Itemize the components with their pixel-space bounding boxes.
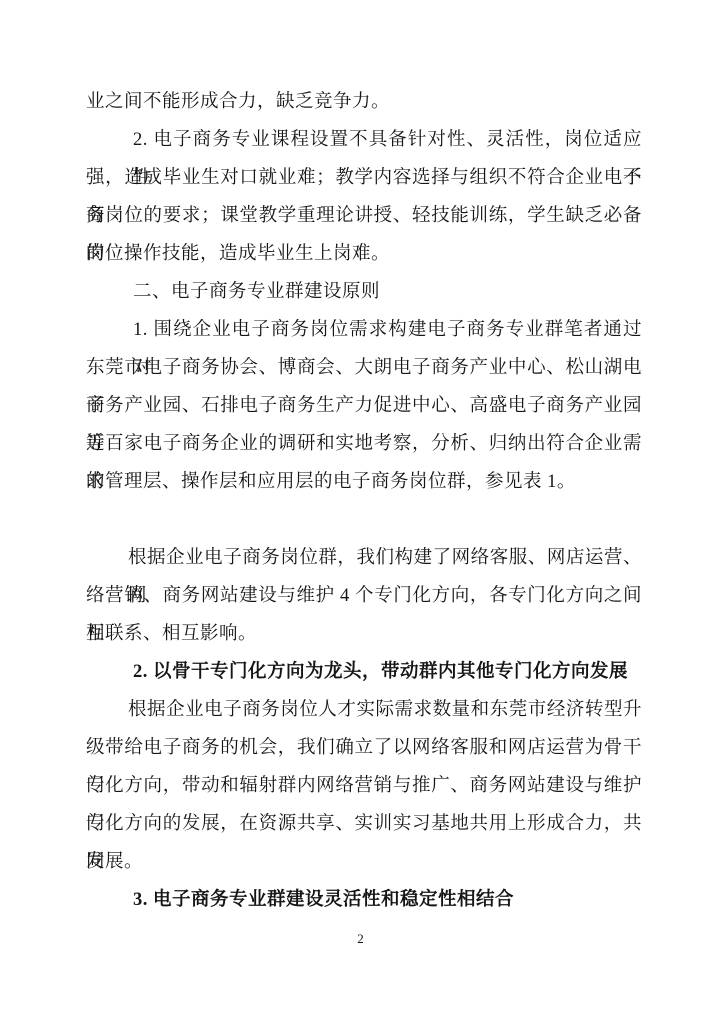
paragraph-line: 门化方向的发展，在资源共享、实训实习基地共用上形成合力，共同: [86, 805, 642, 843]
paragraph-line: 的管理层、操作层和应用层的电子商务岗位群，参见表 1。: [86, 463, 642, 501]
section-heading: 二、电子商务专业群建设原则: [86, 273, 642, 311]
paragraph-line: 根据企业电子商务岗位群，我们构建了网络客服、网店运营、网: [86, 539, 642, 577]
text-block: 业之间不能形成合力，缺乏竞争力。 2. 电子商务专业课程设置不具备针对性、灵活性…: [86, 83, 642, 919]
paragraph-line: 业之间不能形成合力，缺乏竞争力。: [86, 83, 642, 121]
paragraph-line: 商务产业园、石排电子商务生产力促进中心、高盛电子商务产业园等: [86, 387, 642, 425]
paragraph-line: 岗位操作技能，造成毕业生上岗难。: [86, 235, 642, 273]
paragraph-line: 互联系、相互影响。: [86, 615, 642, 653]
paragraph-line: 2. 电子商务专业课程设置不具备针对性、灵活性，岗位适应性不: [86, 121, 642, 159]
paragraph-line: 络营销、商务网站建设与维护 4 个专门化方向，各专门化方向之间相: [86, 577, 642, 615]
document-page: 业之间不能形成合力，缺乏竞争力。 2. 电子商务专业课程设置不具备针对性、灵活性…: [0, 0, 721, 1020]
paragraph-line: 东莞市电子商务协会、博商会、大朗电子商务产业中心、松山湖电子: [86, 349, 642, 387]
page-number: 2: [0, 920, 721, 958]
paragraph-line: 根据企业电子商务岗位人才实际需求数量和东莞市经济转型升: [86, 691, 642, 729]
paragraph-line: 门化方向，带动和辐射群内网络营销与推广、商务网站建设与维护专: [86, 767, 642, 805]
paragraph-line: 务岗位的要求；课堂教学重理论讲授、轻技能训练，学生缺乏必备的: [86, 197, 642, 235]
paragraph-line: 强，造成毕业生对口就业难；教学内容选择与组织不符合企业电子商: [86, 159, 642, 197]
blank-line: [86, 501, 642, 539]
paragraph-line: 发展。: [86, 843, 642, 881]
numbered-heading: 2. 以骨干专门化方向为龙头，带动群内其他专门化方向发展: [86, 653, 642, 691]
paragraph-line: 1. 围绕企业电子商务岗位需求构建电子商务专业群笔者通过对: [86, 311, 642, 349]
paragraph-line: 近百家电子商务企业的调研和实地考察，分析、归纳出符合企业需求: [86, 425, 642, 463]
paragraph-line: 级带给电子商务的机会，我们确立了以网络客服和网店运营为骨干专: [86, 729, 642, 767]
numbered-heading: 3. 电子商务专业群建设灵活性和稳定性相结合: [86, 881, 642, 919]
